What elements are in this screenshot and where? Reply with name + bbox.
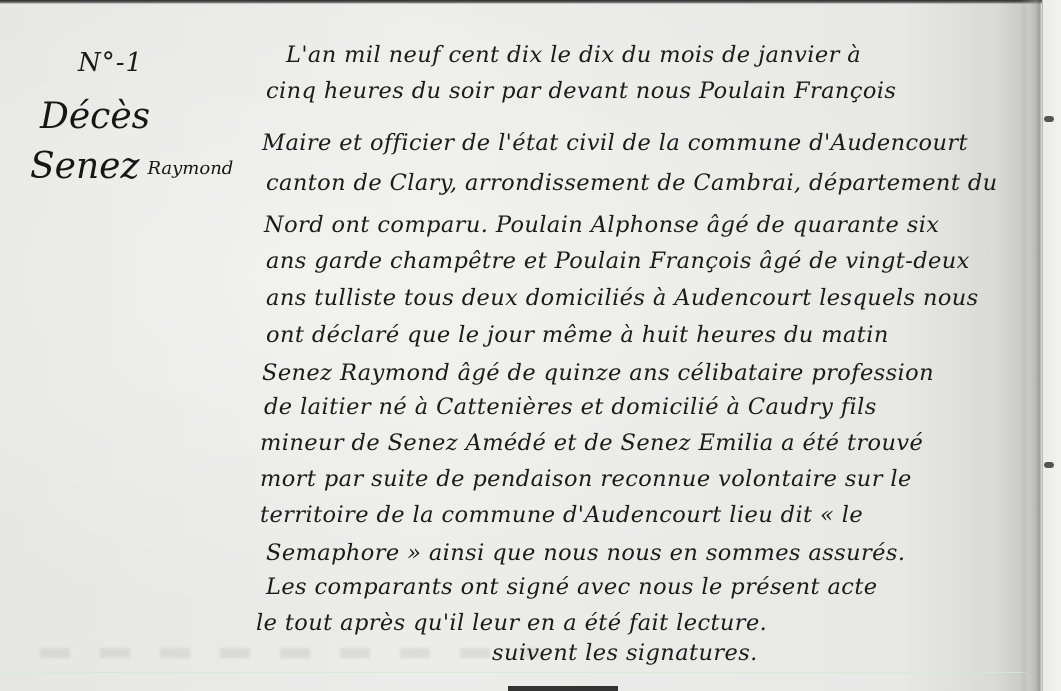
deceased-forename: Raymond [147, 158, 233, 179]
body-line: mineur de Senez Amédé et de Senez Emilia… [260, 430, 923, 456]
page-binding-edge [1042, 0, 1061, 691]
body-line: le tout après qu'il leur en a été fait l… [256, 610, 767, 636]
bottom-edge-mark [508, 686, 618, 691]
body-line: Maire et officier de l'état civil de la … [262, 130, 968, 156]
body-line: territoire de la commune d'Audencourt li… [260, 502, 863, 528]
body-line: Senez Raymond âgé de quinze ans célibata… [262, 360, 934, 386]
body-line: canton de Clary, arrondissement de Cambr… [266, 170, 998, 196]
body-line: cinq heures du soir par devant nous Poul… [266, 78, 896, 104]
body-line: Semaphore » ainsi que nous nous en somme… [266, 540, 905, 566]
body-line: ans tulliste tous deux domiciliés à Aude… [266, 285, 979, 311]
body-line: mort par suite de pendaison reconnue vol… [260, 466, 912, 492]
scan-artifact-line [0, 672, 1042, 673]
closing-signatures-line: suivent les signatures. [492, 640, 758, 666]
binding-staple [1044, 116, 1054, 122]
body-line: L'an mil neuf cent dix le dix du mois de… [286, 42, 861, 68]
deceased-surname: Senez [30, 146, 139, 187]
body-line: de laitier né à Cattenières et domicilié… [264, 394, 877, 420]
entry-number: N°-1 [78, 48, 143, 78]
register-page: N°-1 Décès Senez Raymond L'an mil neuf c… [0, 0, 1061, 691]
margin-column: N°-1 Décès Senez Raymond [0, 0, 260, 691]
body-line: Nord ont comparu. Poulain Alphonse âgé d… [264, 212, 939, 238]
deceased-name: Senez Raymond [30, 146, 233, 187]
entry-type-heading: Décès [40, 96, 150, 137]
body-line: ans garde champêtre et Poulain François … [266, 248, 970, 274]
body-line: Les comparants ont signé avec nous le pr… [266, 574, 877, 600]
binding-staple [1044, 462, 1054, 468]
body-line: ont déclaré que le jour même à huit heur… [266, 322, 889, 348]
binding-shadow [1020, 0, 1042, 691]
